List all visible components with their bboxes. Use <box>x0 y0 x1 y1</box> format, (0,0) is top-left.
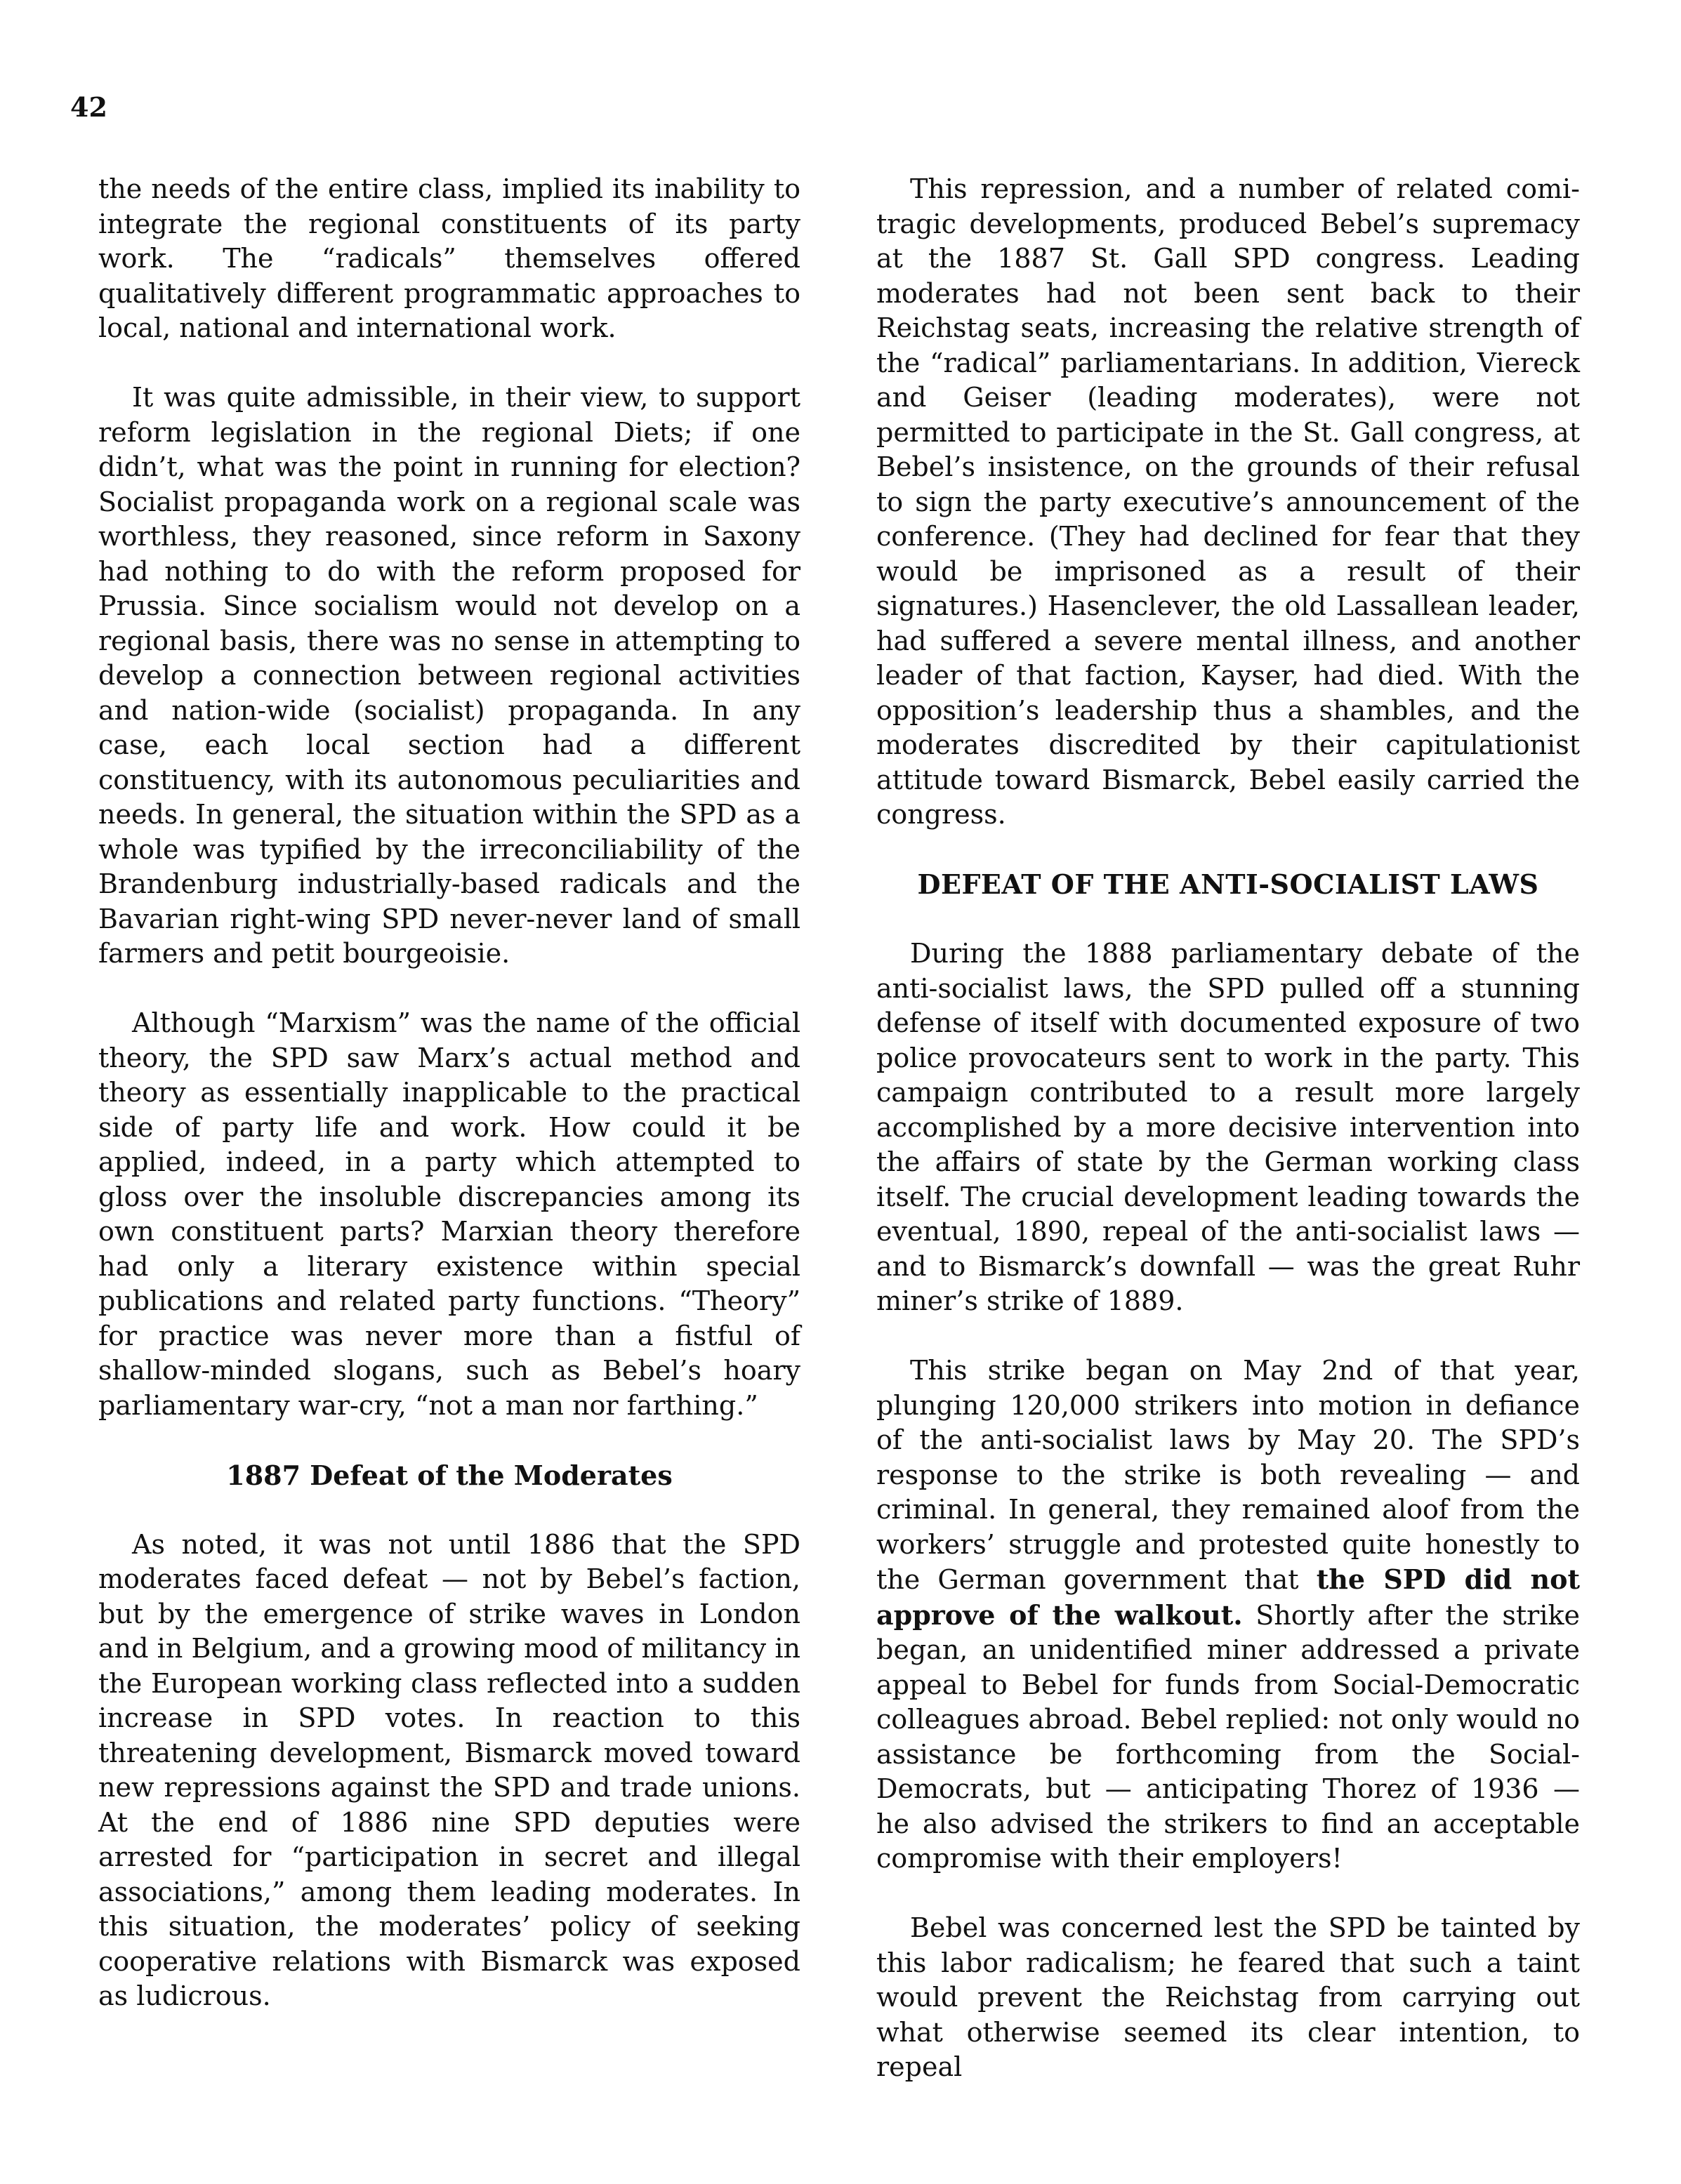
section-heading: 1887 Defeat of the Moderates <box>98 1458 800 1493</box>
paragraph: As noted, it was not until 1886 that the… <box>98 1528 800 2014</box>
paragraph: This strike began on May 2nd of that yea… <box>876 1354 1580 1877</box>
text-run: This strike began on May 2nd of that yea… <box>876 1355 1580 1595</box>
right-column: This repression, and a number of related… <box>876 172 1580 2119</box>
paragraph: During the 1888 parliamentary debate of … <box>876 937 1580 1319</box>
page-number: 42 <box>70 91 107 123</box>
section-heading: DEFEAT OF THE ANTI-SOCIALIST LAWS <box>876 867 1580 902</box>
paragraph: This repression, and a number of related… <box>876 172 1580 833</box>
paragraph: the needs of the entire class, implied i… <box>98 172 800 346</box>
left-column: the needs of the entire class, implied i… <box>98 172 800 2049</box>
paragraph: Bebel was concerned lest the SPD be tain… <box>876 1911 1580 2085</box>
paragraph: It was quite admissible, in their view, … <box>98 380 800 972</box>
text-run: Shortly after the strike began, an unide… <box>876 1600 1580 1874</box>
paragraph: Although “Marxism” was the name of the o… <box>98 1006 800 1423</box>
